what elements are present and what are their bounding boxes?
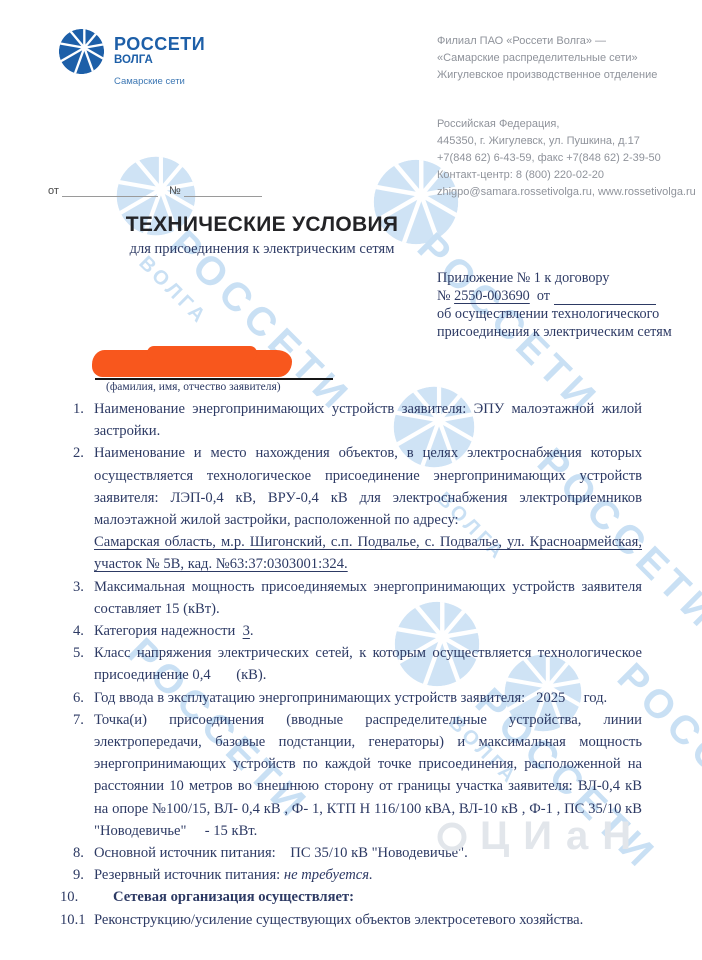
annex-block: Приложение № 1 к договору № 2550-003690 … — [437, 269, 693, 341]
italic-value: не требуется. — [284, 867, 373, 883]
org-item: 10.1Реконструкцию/усиление существующих … — [60, 909, 642, 931]
from-label: от — [48, 185, 59, 197]
contact-line: 445350, г. Жигулевск, ул. Пушкина, д.17 — [437, 133, 697, 150]
annex-line1: Приложение № 1 к договору — [437, 269, 693, 287]
item-text: Наименование энергопринимающих устройств… — [94, 401, 642, 439]
condition-item: 2.Наименование и место нахождения объект… — [60, 442, 642, 575]
header-contact-block1: Филиал ПАО «Россети Волга» —«Самарские р… — [437, 33, 697, 84]
reference-line: от № — [48, 184, 262, 197]
header-contact-block2: Российская Федерация,445350, г. Жигулевс… — [437, 116, 697, 201]
text-run: Наименование и место нахождения объектов… — [94, 445, 642, 528]
item-number: 7. — [73, 709, 84, 731]
text-run: Наименование энергопринимающих устройств… — [94, 401, 642, 439]
item-text: Максимальная мощность присоединяемых эне… — [94, 579, 642, 617]
annex-line4: присоединения к электрическим сетям — [437, 323, 693, 341]
item-text: Класс напряжения электрических сетей, к … — [94, 645, 642, 683]
cian-watermark: ЦИаН — [436, 814, 645, 859]
item-number: 3. — [73, 576, 84, 598]
item-number: 10. — [60, 886, 113, 908]
item-number: 8. — [73, 842, 84, 864]
number-blank-line — [184, 184, 262, 197]
condition-item: 6.Год ввода в эксплуатацию энергопринима… — [60, 687, 642, 709]
number-label: № — [169, 185, 181, 197]
annex-number-label: № — [437, 288, 451, 304]
rosseti-logo-icon — [58, 28, 105, 75]
document-subtitle: для присоединения к электрическим сетям — [86, 241, 438, 258]
text-run: Класс напряжения электрических сетей, к … — [94, 645, 642, 683]
document-page: РОССЕТИ ВОЛГА РОССЕТИ РОССЕТИ ВОЛГА РОСС… — [0, 0, 702, 960]
contract-date-blank — [554, 291, 656, 305]
annex-line3: об осуществлении технологического — [437, 305, 693, 323]
contact-line: Филиал ПАО «Россети Волга» — — [437, 33, 697, 50]
org-item: 10.Сетевая организация осуществляет: — [60, 886, 642, 908]
item-number: 2. — [73, 442, 84, 464]
item-text: Наименование и место нахождения объектов… — [94, 445, 642, 575]
item-text: Год ввода в эксплуатацию энергопринимающ… — [94, 690, 607, 706]
applicant-caption: (фамилия, имя, отчество заявителя) — [106, 381, 281, 393]
logo-brand-text: РОССЕТИ — [114, 34, 205, 54]
contract-number: 2550-003690 — [454, 288, 530, 304]
text-run: . — [250, 623, 254, 639]
annex-line2: № 2550-003690 от — [437, 287, 693, 305]
document-title: ТЕХНИЧЕСКИЕ УСЛОВИЯ — [86, 213, 438, 237]
rosseti-volga-logo: РОССЕТИ ВОЛГА Самарские сети — [58, 28, 205, 87]
condition-item: 1.Наименование энергопринимающих устройс… — [60, 398, 642, 442]
cian-watermark-text: ЦИаН — [480, 814, 645, 859]
text-run: Максимальная мощность присоединяемых эне… — [94, 579, 642, 617]
item-text: Основной источник питания: ПС 35/10 кВ "… — [94, 845, 468, 861]
redaction-marker — [92, 350, 292, 377]
contact-line: Жигулевское производственное отделение — [437, 67, 697, 84]
annex-ot-label: от — [537, 288, 550, 304]
condition-item: 4.Категория надежности 3. — [60, 620, 642, 642]
item-number: 10.1 — [60, 909, 94, 931]
condition-item: 9.Резервный источник питания: не требует… — [60, 864, 642, 886]
contact-line: «Самарские распределительные сети» — [437, 50, 697, 67]
contact-line: Контакт-центр: 8 (800) 220-02-20 — [437, 167, 697, 184]
item-text: Категория надежности 3. — [94, 623, 254, 639]
item-text: Резервный источник питания: не требуется… — [94, 867, 373, 883]
item-number: 1. — [73, 398, 84, 420]
text-run: Категория надежности — [94, 623, 243, 639]
underlined-value: 3 — [243, 623, 250, 639]
item-number: 5. — [73, 642, 84, 664]
condition-item: 5.Класс напряжения электрических сетей, … — [60, 642, 642, 686]
text-run: Основной источник питания: ПС 35/10 кВ "… — [94, 845, 468, 861]
cian-logo-icon — [436, 821, 468, 853]
item-text: Реконструкцию/усиление существующих объе… — [94, 912, 583, 928]
item-number: 4. — [73, 620, 84, 642]
applicant-name-line — [95, 352, 333, 380]
text-run: Год ввода в эксплуатацию энергопринимающ… — [94, 690, 607, 706]
item-text: Сетевая организация осуществляет: — [113, 889, 354, 905]
date-blank-line — [62, 184, 158, 197]
logo-region-text: ВОЛГА — [114, 54, 205, 67]
item-number: 9. — [73, 864, 84, 886]
contact-line: zhigpo@samara.rossetivolga.ru, www.rosse… — [437, 184, 697, 201]
item-number: 6. — [73, 687, 84, 709]
contact-line: Российская Федерация, — [437, 116, 697, 133]
contact-line: +7(848 62) 6-43-59, факс +7(848 62) 2-39… — [437, 150, 697, 167]
logo-subregion-text: Самарские сети — [114, 76, 205, 87]
underlined-value: Самарская область, м.р. Шигонский, с.п. … — [94, 531, 642, 575]
condition-item: 3.Максимальная мощность присоединяемых э… — [60, 576, 642, 620]
text-run: Резервный источник питания: — [94, 867, 284, 883]
